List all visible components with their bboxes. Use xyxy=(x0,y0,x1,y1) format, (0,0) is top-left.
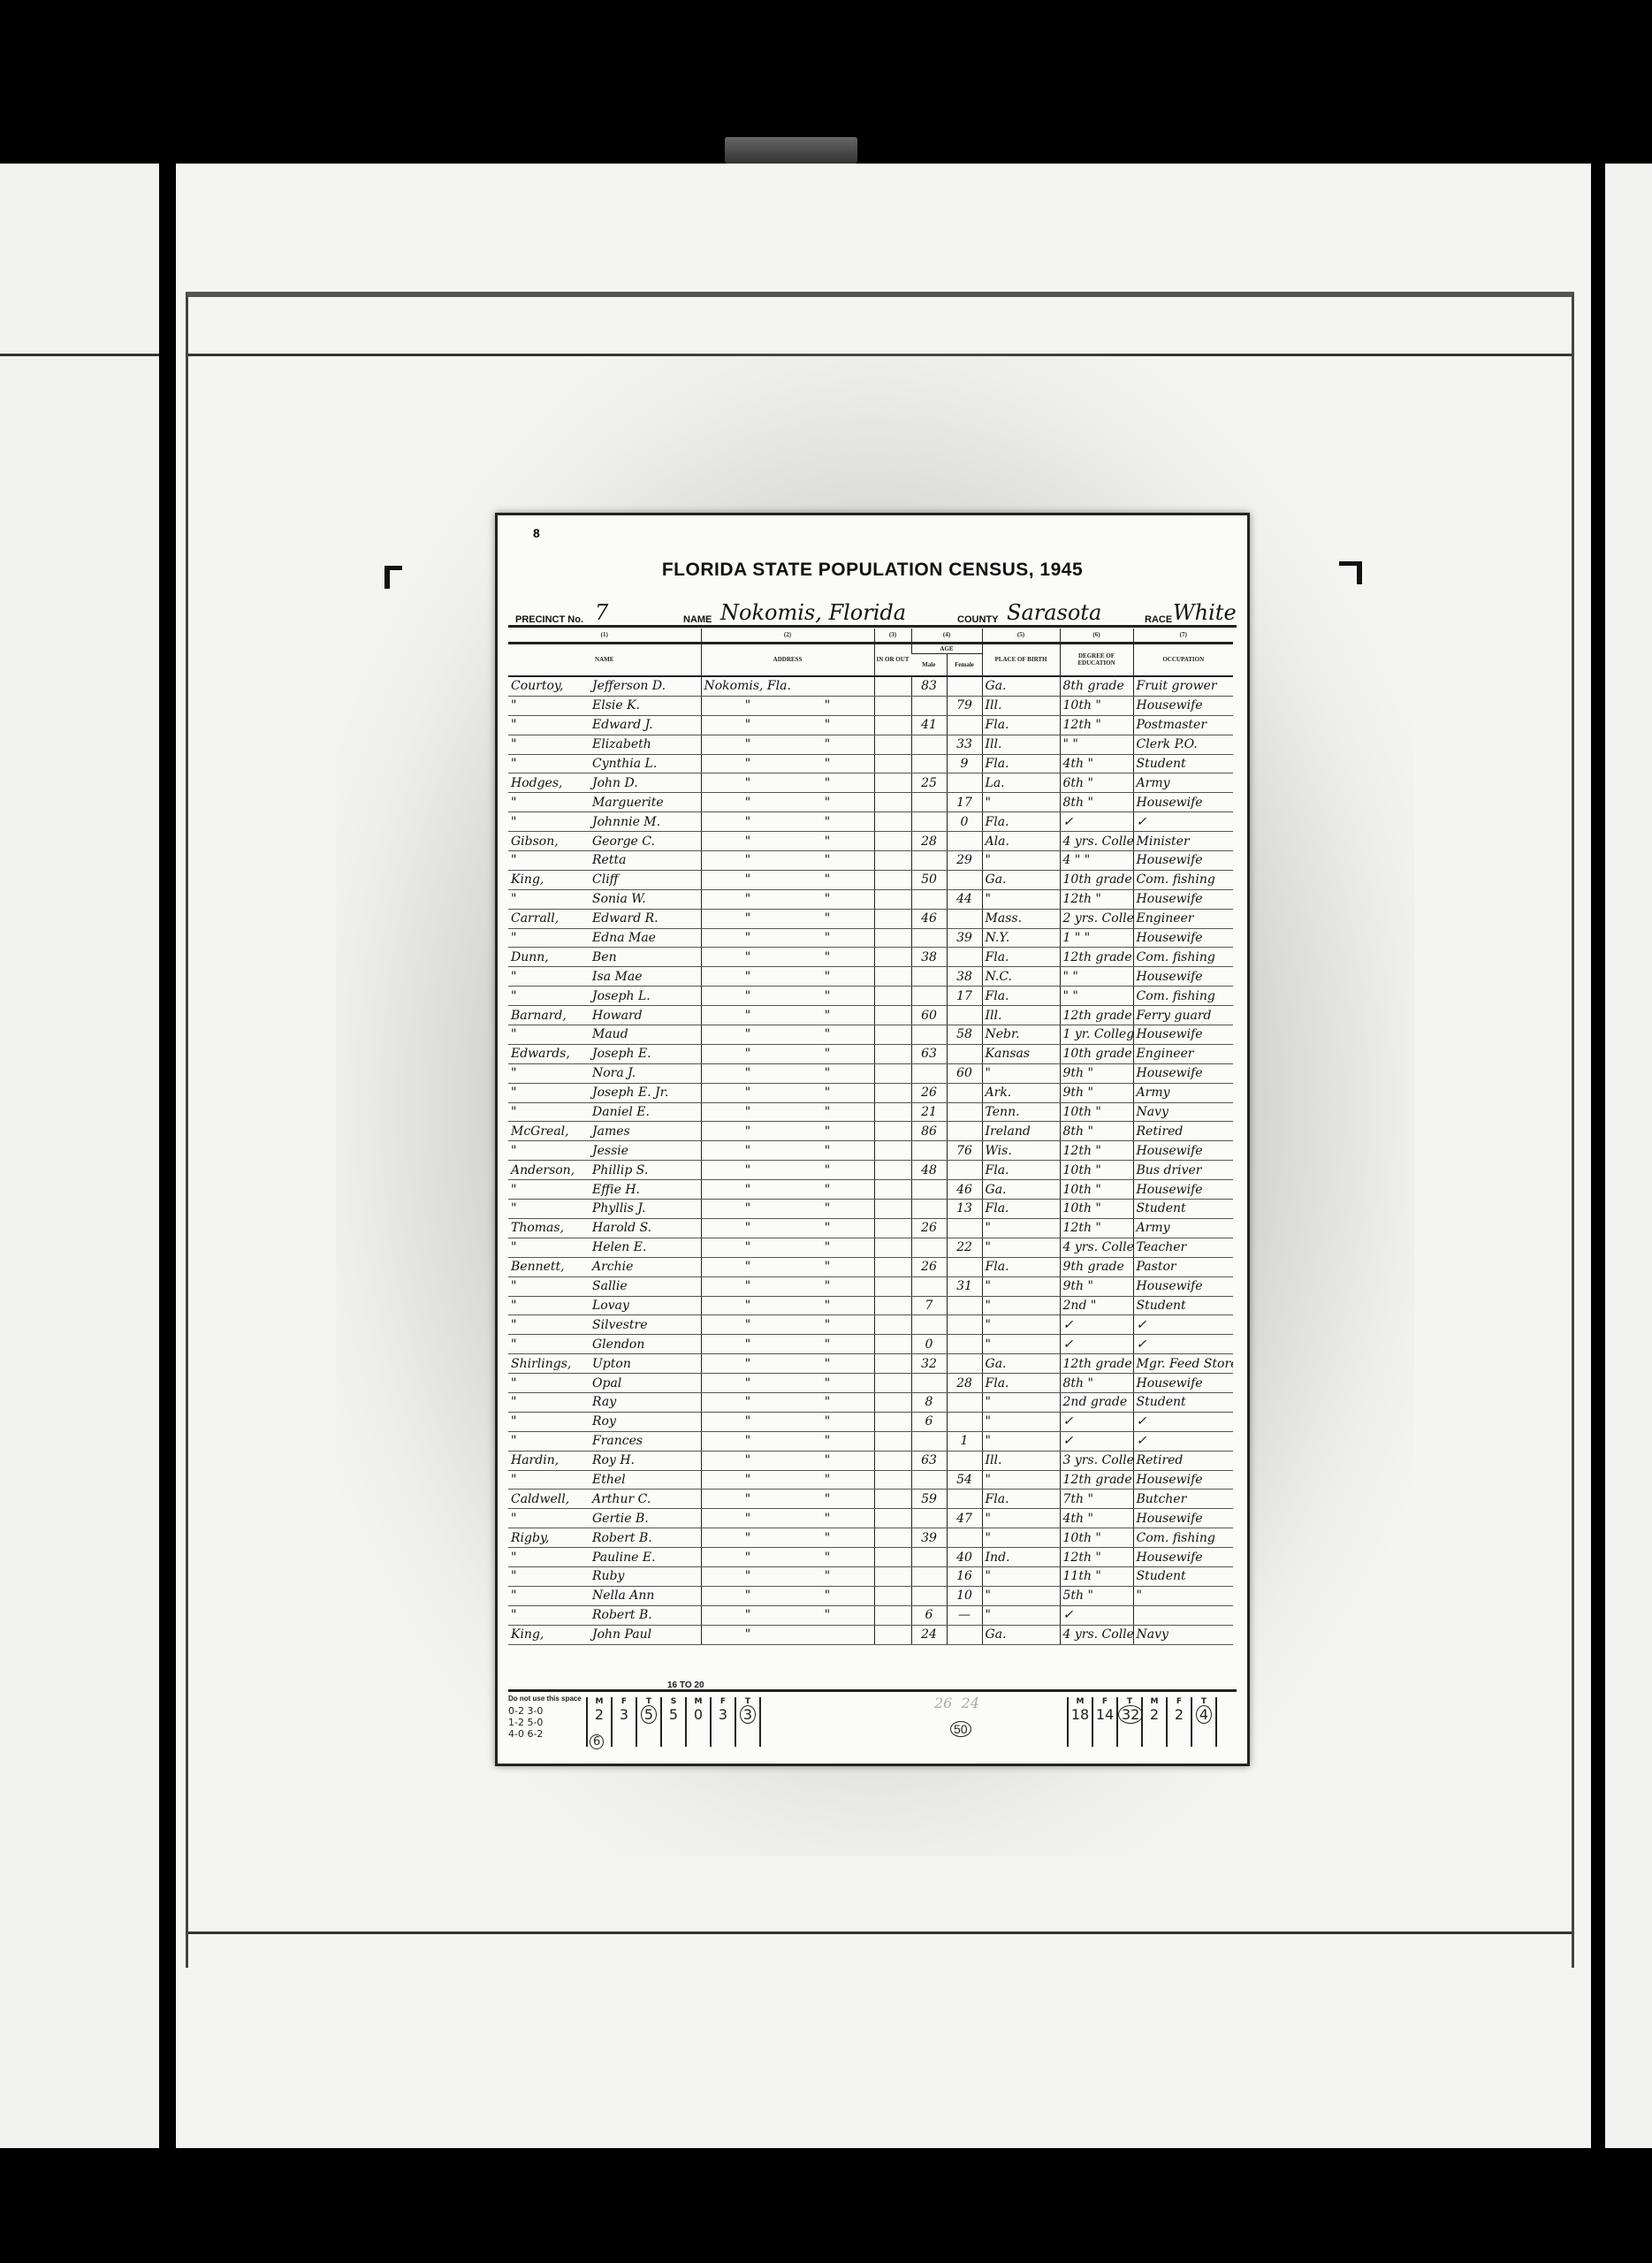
given-name: Isa Mae xyxy=(592,970,642,984)
given-name: Cliff xyxy=(592,872,619,887)
surname: " xyxy=(511,1066,592,1080)
film-bottom-border xyxy=(0,2148,1652,2263)
cell-age-female: 38 xyxy=(947,967,982,987)
cell-address: "" xyxy=(701,1296,874,1315)
cell-in-out xyxy=(874,1083,911,1102)
cell-in-out xyxy=(874,793,911,812)
given-name: Arthur C. xyxy=(592,1492,651,1506)
surname: " xyxy=(511,718,592,732)
given-name: Glendon xyxy=(592,1337,644,1352)
surname: " xyxy=(511,1086,592,1100)
cell-occupation: Com. fishing xyxy=(1133,1528,1233,1548)
given-name: Maud xyxy=(592,1027,628,1041)
cell-birthplace: " xyxy=(982,1296,1060,1315)
census-row: Shirlings,Upton""32Ga.12th gradeMgr. Fee… xyxy=(508,1354,1233,1374)
census-row: Courtoy,Jefferson D.Nokomis, Fla.83Ga.8t… xyxy=(508,676,1233,696)
cell-age-male xyxy=(911,1141,947,1161)
cell-age-male: 46 xyxy=(911,909,947,928)
cell-age-male: 59 xyxy=(911,1490,947,1509)
cell-occupation: ✓ xyxy=(1133,1412,1233,1431)
cell-in-out xyxy=(874,870,911,889)
cell-occupation: Housewife xyxy=(1133,1141,1233,1161)
given-name: Pauline E. xyxy=(592,1551,656,1565)
cell-birthplace: Kansas xyxy=(982,1044,1060,1063)
cell-education: 12th " xyxy=(1060,1548,1133,1567)
census-row: "Roy""6"✓✓ xyxy=(508,1412,1233,1431)
cell-in-out xyxy=(874,1257,911,1276)
cell-in-out xyxy=(874,967,911,987)
given-name: Archie xyxy=(592,1260,633,1274)
cell-occupation: Postmaster xyxy=(1133,715,1233,735)
surname: " xyxy=(511,1337,592,1352)
cell-education: 9th " xyxy=(1060,1083,1133,1102)
cell-age-female xyxy=(947,1625,982,1644)
cell-age-male: 50 xyxy=(911,870,947,889)
cell-age-male xyxy=(911,1025,947,1045)
cell-age-female: 0 xyxy=(947,812,982,832)
surname: " xyxy=(511,1240,592,1254)
census-row: "Isa Mae""38N.C." "Housewife xyxy=(508,967,1233,987)
surname: " xyxy=(511,931,592,945)
cell-occupation: Housewife xyxy=(1133,1063,1233,1083)
cell-name: Dunn,Ben xyxy=(508,948,701,967)
cell-age-male: 25 xyxy=(911,773,947,793)
cell-address: "" xyxy=(701,1006,874,1025)
cell-birthplace: " xyxy=(982,1276,1060,1296)
cell-age-female: 17 xyxy=(947,987,982,1006)
census-row: "Phyllis J.""13Fla.10th "Student xyxy=(508,1200,1233,1219)
cell-name: "Opal xyxy=(508,1374,701,1393)
col-num-1: (1) xyxy=(508,629,701,643)
given-name: Frances xyxy=(592,1434,643,1448)
cell-age-male xyxy=(911,1200,947,1219)
cell-age-female xyxy=(947,715,982,735)
given-name: Daniel E. xyxy=(592,1105,650,1119)
cell-in-out xyxy=(874,1218,911,1238)
cell-birthplace: Ga. xyxy=(982,870,1060,889)
cell-in-out xyxy=(874,1296,911,1315)
census-row: "Nella Ann""10"5th "" xyxy=(508,1586,1233,1605)
cell-age-male xyxy=(911,1586,947,1605)
cell-address: "" xyxy=(701,793,874,812)
cell-birthplace: Ill. xyxy=(982,696,1060,715)
cell-name: "Ruby xyxy=(508,1566,701,1586)
cell-address: Nokomis, Fla. xyxy=(701,676,874,696)
cell-education: ✓ xyxy=(1060,1335,1133,1354)
cell-name: "Daniel E. xyxy=(508,1102,701,1122)
cell-birthplace: Mass. xyxy=(982,909,1060,928)
cell-in-out xyxy=(874,696,911,715)
surname: Hodges, xyxy=(511,776,592,790)
given-name: Joseph E. Jr. xyxy=(592,1086,668,1100)
cell-occupation: Retired xyxy=(1133,1451,1233,1470)
cell-name: Carrall,Edward R. xyxy=(508,909,701,928)
given-name: George C. xyxy=(592,834,655,849)
col-header-address: ADDRESS xyxy=(701,643,874,676)
cell-birthplace: Ireland xyxy=(982,1122,1060,1141)
county-label: COUNTY xyxy=(957,614,998,625)
col-header-education: DEGREE OF EDUCATION xyxy=(1060,643,1133,676)
col-num-5: (5) xyxy=(982,629,1060,643)
cell-occupation: Army xyxy=(1133,773,1233,793)
cell-address: "" xyxy=(701,909,874,928)
surname: " xyxy=(511,970,592,984)
corner-mark xyxy=(384,566,402,570)
race-value: White xyxy=(1173,600,1237,625)
corner-mark xyxy=(1339,561,1360,566)
county-value: Sarasota xyxy=(1007,600,1101,625)
cell-education: 2nd " xyxy=(1060,1296,1133,1315)
cell-age-female xyxy=(947,1354,982,1374)
cell-age-female xyxy=(947,1083,982,1102)
col-num-7: (7) xyxy=(1133,629,1233,643)
cell-address: "" xyxy=(701,754,874,773)
cell-education: 8th " xyxy=(1060,793,1133,812)
census-row: Rigby,Robert B.""39"10th "Com. fishing xyxy=(508,1528,1233,1548)
cell-age-female xyxy=(947,1296,982,1315)
cell-occupation: Student xyxy=(1133,1296,1233,1315)
cell-in-out xyxy=(874,754,911,773)
cell-address: "" xyxy=(701,1392,874,1412)
census-row: "Edward J.""41Fla.12th "Postmaster xyxy=(508,715,1233,735)
cell-address: "" xyxy=(701,1044,874,1063)
cell-name: Thomas,Harold S. xyxy=(508,1218,701,1238)
cell-in-out xyxy=(874,1200,911,1219)
cell-name: Edwards,Joseph E. xyxy=(508,1044,701,1063)
surname: " xyxy=(511,1144,592,1158)
cell-age-female: 1 xyxy=(947,1431,982,1451)
cell-address: "" xyxy=(701,987,874,1006)
cell-name: "Nora J. xyxy=(508,1063,701,1083)
cell-in-out xyxy=(874,676,911,696)
cell-occupation: Housewife xyxy=(1133,1548,1233,1567)
cell-education: 11th " xyxy=(1060,1566,1133,1586)
cell-education: 12th grade xyxy=(1060,1470,1133,1490)
cell-age-female: 54 xyxy=(947,1470,982,1490)
cell-birthplace: " xyxy=(982,1335,1060,1354)
given-name: Jefferson D. xyxy=(592,679,666,693)
cell-age-female: 79 xyxy=(947,696,982,715)
cell-address: "" xyxy=(701,1063,874,1083)
cell-birthplace: Ga. xyxy=(982,1354,1060,1374)
surname: " xyxy=(511,1376,592,1391)
cell-name: "Nella Ann xyxy=(508,1586,701,1605)
census-row: "Johnnie M.""0Fla.✓✓ xyxy=(508,812,1233,832)
col-header-name: NAME xyxy=(508,643,701,676)
cell-age-male: 26 xyxy=(911,1257,947,1276)
cell-age-male xyxy=(911,812,947,832)
cell-name: Courtoy,Jefferson D. xyxy=(508,676,701,696)
cell-in-out xyxy=(874,1122,911,1141)
cell-birthplace: Ala. xyxy=(982,832,1060,851)
surname: " xyxy=(511,1589,592,1603)
census-row: "Maud""58Nebr.1 yr. CollegeHousewife xyxy=(508,1025,1233,1045)
cell-address: "" xyxy=(701,1354,874,1374)
cell-address: "" xyxy=(701,696,874,715)
cell-name: Bennett,Archie xyxy=(508,1257,701,1276)
cell-birthplace: Nebr. xyxy=(982,1025,1060,1045)
cell-name: "Roy xyxy=(508,1412,701,1431)
cell-age-female xyxy=(947,832,982,851)
given-name: Marguerite xyxy=(592,796,664,810)
cell-occupation: Teacher xyxy=(1133,1238,1233,1257)
col-header-age: AGE xyxy=(911,643,982,653)
cell-address: "" xyxy=(701,1335,874,1354)
cell-in-out xyxy=(874,1490,911,1509)
cell-address: "" xyxy=(701,812,874,832)
cell-occupation: ✓ xyxy=(1133,1315,1233,1335)
surname: Carrall, xyxy=(511,911,592,926)
cell-address: "" xyxy=(701,1276,874,1296)
cell-education: " " xyxy=(1060,967,1133,987)
cell-in-out xyxy=(874,1470,911,1490)
cell-address: "" xyxy=(701,928,874,948)
cell-age-male xyxy=(911,1063,947,1083)
cell-age-female: 13 xyxy=(947,1200,982,1219)
cell-occupation: Student xyxy=(1133,754,1233,773)
census-row: "Pauline E.""40Ind.12th "Housewife xyxy=(508,1548,1233,1567)
census-row: "Retta""29"4 " "Housewife xyxy=(508,851,1233,871)
cell-education: " " xyxy=(1060,987,1133,1006)
cell-birthplace: " xyxy=(982,1218,1060,1238)
cell-in-out xyxy=(874,851,911,871)
surname: " xyxy=(511,892,592,906)
census-row: "Sallie""31"9th "Housewife xyxy=(508,1276,1233,1296)
given-name: Ben xyxy=(592,950,617,964)
given-name: Phyllis J. xyxy=(592,1201,645,1215)
given-name: Robert B. xyxy=(592,1608,652,1622)
given-name: Ray xyxy=(592,1395,616,1409)
census-row: "Ethel""54"12th gradeHousewife xyxy=(508,1470,1233,1490)
age-band-label: 16 TO 20 xyxy=(667,1680,704,1690)
census-row: "Joseph L.""17Fla." "Com. fishing xyxy=(508,987,1233,1006)
census-row: "Nora J.""60"9th "Housewife xyxy=(508,1063,1233,1083)
cell-name: "Retta xyxy=(508,851,701,871)
cell-birthplace: Wis. xyxy=(982,1141,1060,1161)
cell-age-female: 33 xyxy=(947,735,982,754)
cell-education: 1 " " xyxy=(1060,928,1133,948)
cell-birthplace: " xyxy=(982,1586,1060,1605)
cell-education: 10th " xyxy=(1060,1161,1133,1180)
cell-in-out xyxy=(874,1566,911,1586)
footer-rule xyxy=(508,1689,1237,1692)
surname: " xyxy=(511,1551,592,1565)
cell-occupation: ✓ xyxy=(1133,1335,1233,1354)
name-value: Nokomis, Florida xyxy=(720,600,906,625)
cell-in-out xyxy=(874,1315,911,1335)
surname: Rigby, xyxy=(511,1531,592,1545)
cell-birthplace: Tenn. xyxy=(982,1102,1060,1122)
census-row: Edwards,Joseph E.""63Kansas10th gradeEng… xyxy=(508,1044,1233,1063)
cell-age-male xyxy=(911,928,947,948)
cell-occupation: Army xyxy=(1133,1218,1233,1238)
col-num-6: (6) xyxy=(1060,629,1133,643)
cell-age-female xyxy=(947,1315,982,1335)
cell-address: "" xyxy=(701,851,874,871)
census-sheet: 8 FLORIDA STATE POPULATION CENSUS, 1945 … xyxy=(495,513,1250,1766)
cell-occupation: Student xyxy=(1133,1200,1233,1219)
given-name: Howard xyxy=(592,1009,643,1023)
cell-age-male xyxy=(911,1276,947,1296)
cell-age-female xyxy=(947,1102,982,1122)
cell-age-male: 8 xyxy=(911,1392,947,1412)
cell-age-male xyxy=(911,696,947,715)
cell-age-female xyxy=(947,870,982,889)
cell-age-female xyxy=(947,773,982,793)
surname: " xyxy=(511,815,592,829)
cell-age-female: 47 xyxy=(947,1509,982,1528)
cell-age-male xyxy=(911,754,947,773)
cell-occupation: Navy xyxy=(1133,1625,1233,1644)
col-num-4: (4) xyxy=(911,629,982,643)
cell-education: 7th " xyxy=(1060,1490,1133,1509)
census-row: "Opal""28Fla.8th "Housewife xyxy=(508,1374,1233,1393)
precinct-value: 7 xyxy=(595,600,608,625)
cell-age-female xyxy=(947,1122,982,1141)
cell-name: "Joseph L. xyxy=(508,987,701,1006)
cell-age-female xyxy=(947,1257,982,1276)
surname: Shirlings, xyxy=(511,1357,592,1371)
cell-education: 9th " xyxy=(1060,1276,1133,1296)
cell-address: "" xyxy=(701,1218,874,1238)
cell-name: "Helen E. xyxy=(508,1238,701,1257)
cell-occupation: Housewife xyxy=(1133,1509,1233,1528)
census-row: "Edna Mae""39N.Y.1 " "Housewife xyxy=(508,928,1233,948)
census-row: "Joseph E. Jr.""26Ark.9th "Army xyxy=(508,1083,1233,1102)
surname: McGreal, xyxy=(511,1124,592,1139)
cell-occupation: Clerk P.O. xyxy=(1133,735,1233,754)
census-row: Gibson,George C.""28Ala.4 yrs. CollegeMi… xyxy=(508,832,1233,851)
given-name: Cynthia L. xyxy=(592,757,657,771)
given-name: Sallie xyxy=(592,1279,628,1293)
cell-age-male: 39 xyxy=(911,1528,947,1548)
census-row: "Sonia W.""44"12th "Housewife xyxy=(508,889,1233,909)
cell-in-out xyxy=(874,1451,911,1470)
col-header-occupation: OCCUPATION xyxy=(1133,643,1233,676)
given-name: Gertie B. xyxy=(592,1512,649,1526)
given-name: Phillip S. xyxy=(592,1163,648,1177)
census-row: McGreal,James""86Ireland8th "Retired xyxy=(508,1122,1233,1141)
cell-education: 2 yrs. College xyxy=(1060,909,1133,928)
cell-address: "" xyxy=(701,735,874,754)
cell-in-out xyxy=(874,1180,911,1200)
cell-education: 12th grade xyxy=(1060,1354,1133,1374)
surname: " xyxy=(511,757,592,771)
cell-age-female xyxy=(947,909,982,928)
cell-education: 4 yrs. College xyxy=(1060,1625,1133,1644)
cell-age-male xyxy=(911,1548,947,1567)
given-name: James xyxy=(592,1124,630,1139)
cell-education: 10th " xyxy=(1060,1102,1133,1122)
census-row: "Glendon""0"✓✓ xyxy=(508,1335,1233,1354)
cell-name: "Edna Mae xyxy=(508,928,701,948)
surname: Hardin, xyxy=(511,1453,592,1467)
cell-age-female xyxy=(947,1335,982,1354)
cell-in-out xyxy=(874,735,911,754)
cell-age-female: 40 xyxy=(947,1548,982,1567)
cell-birthplace: " xyxy=(982,1509,1060,1528)
cell-birthplace: La. xyxy=(982,773,1060,793)
census-row: "Frances""1"✓✓ xyxy=(508,1431,1233,1451)
cell-age-female xyxy=(947,1218,982,1238)
cell-education: 10th " xyxy=(1060,696,1133,715)
census-row: "Lovay""7"2nd "Student xyxy=(508,1296,1233,1315)
col-header-male: Male xyxy=(911,653,947,676)
cell-name: King,Cliff xyxy=(508,870,701,889)
surname: " xyxy=(511,853,592,867)
cell-education: ✓ xyxy=(1060,1412,1133,1431)
surname: " xyxy=(511,1414,592,1429)
cell-in-out xyxy=(874,1431,911,1451)
given-name: Sonia W. xyxy=(592,892,646,906)
cell-birthplace: Fla. xyxy=(982,1374,1060,1393)
cell-in-out xyxy=(874,889,911,909)
cell-address: "" xyxy=(701,1605,874,1625)
cell-address: "" xyxy=(701,832,874,851)
cell-age-female: 10 xyxy=(947,1586,982,1605)
cell-age-male: 48 xyxy=(911,1161,947,1180)
cell-name: Barnard,Howard xyxy=(508,1006,701,1025)
cell-education: 10th " xyxy=(1060,1180,1133,1200)
given-name: Upton xyxy=(592,1357,631,1371)
census-row: Hodges,John D.""25La.6th "Army xyxy=(508,773,1233,793)
census-row: Caldwell,Arthur C.""59Fla.7th "Butcher xyxy=(508,1490,1233,1509)
cell-education: 4 yrs. College xyxy=(1060,832,1133,851)
cell-in-out xyxy=(874,928,911,948)
col-num-2: (2) xyxy=(701,629,874,643)
cell-age-male: 28 xyxy=(911,832,947,851)
cell-education: 8th grade xyxy=(1060,676,1133,696)
cell-name: Shirlings,Upton xyxy=(508,1354,701,1374)
left-codes: 0-2 3-0 1-2 5-0 4-0 6-2 xyxy=(508,1705,570,1740)
cell-occupation: Housewife xyxy=(1133,793,1233,812)
cell-occupation: Housewife xyxy=(1133,928,1233,948)
cell-occupation: Minister xyxy=(1133,832,1233,851)
cell-name: King,John Paul xyxy=(508,1625,701,1644)
surname: " xyxy=(511,1279,592,1293)
cell-address: "" xyxy=(701,1412,874,1431)
cell-address: "" xyxy=(701,1528,874,1548)
cell-age-female: 58 xyxy=(947,1025,982,1045)
census-row: Carrall,Edward R.""46Mass.2 yrs. College… xyxy=(508,909,1233,928)
census-row: "Elizabeth""33Ill." "Clerk P.O. xyxy=(508,735,1233,754)
given-name: Elizabeth xyxy=(592,737,651,751)
surname: " xyxy=(511,1201,592,1215)
cell-occupation: Housewife xyxy=(1133,1025,1233,1045)
census-header: PRECINCT No. 7 NAME Nokomis, Florida COU… xyxy=(515,597,1229,629)
cell-occupation: Engineer xyxy=(1133,1044,1233,1063)
census-row: "Silvestre"""✓✓ xyxy=(508,1315,1233,1335)
cell-occupation xyxy=(1133,1605,1233,1625)
surname: King, xyxy=(511,1627,592,1642)
cell-age-male: 32 xyxy=(911,1354,947,1374)
cell-education: ✓ xyxy=(1060,1431,1133,1451)
cell-name: "Lovay xyxy=(508,1296,701,1315)
surname: " xyxy=(511,989,592,1003)
cell-education: 2nd grade xyxy=(1060,1392,1133,1412)
cell-age-male xyxy=(911,987,947,1006)
cell-in-out xyxy=(874,1063,911,1083)
cell-occupation: Housewife xyxy=(1133,967,1233,987)
cell-age-male: 26 xyxy=(911,1218,947,1238)
cell-birthplace: " xyxy=(982,1315,1060,1335)
cell-education: 4th " xyxy=(1060,754,1133,773)
cell-age-female xyxy=(947,676,982,696)
surname: " xyxy=(511,1183,592,1197)
given-name: Silvestre xyxy=(592,1318,648,1332)
cell-in-out xyxy=(874,1025,911,1045)
cell-birthplace: " xyxy=(982,851,1060,871)
